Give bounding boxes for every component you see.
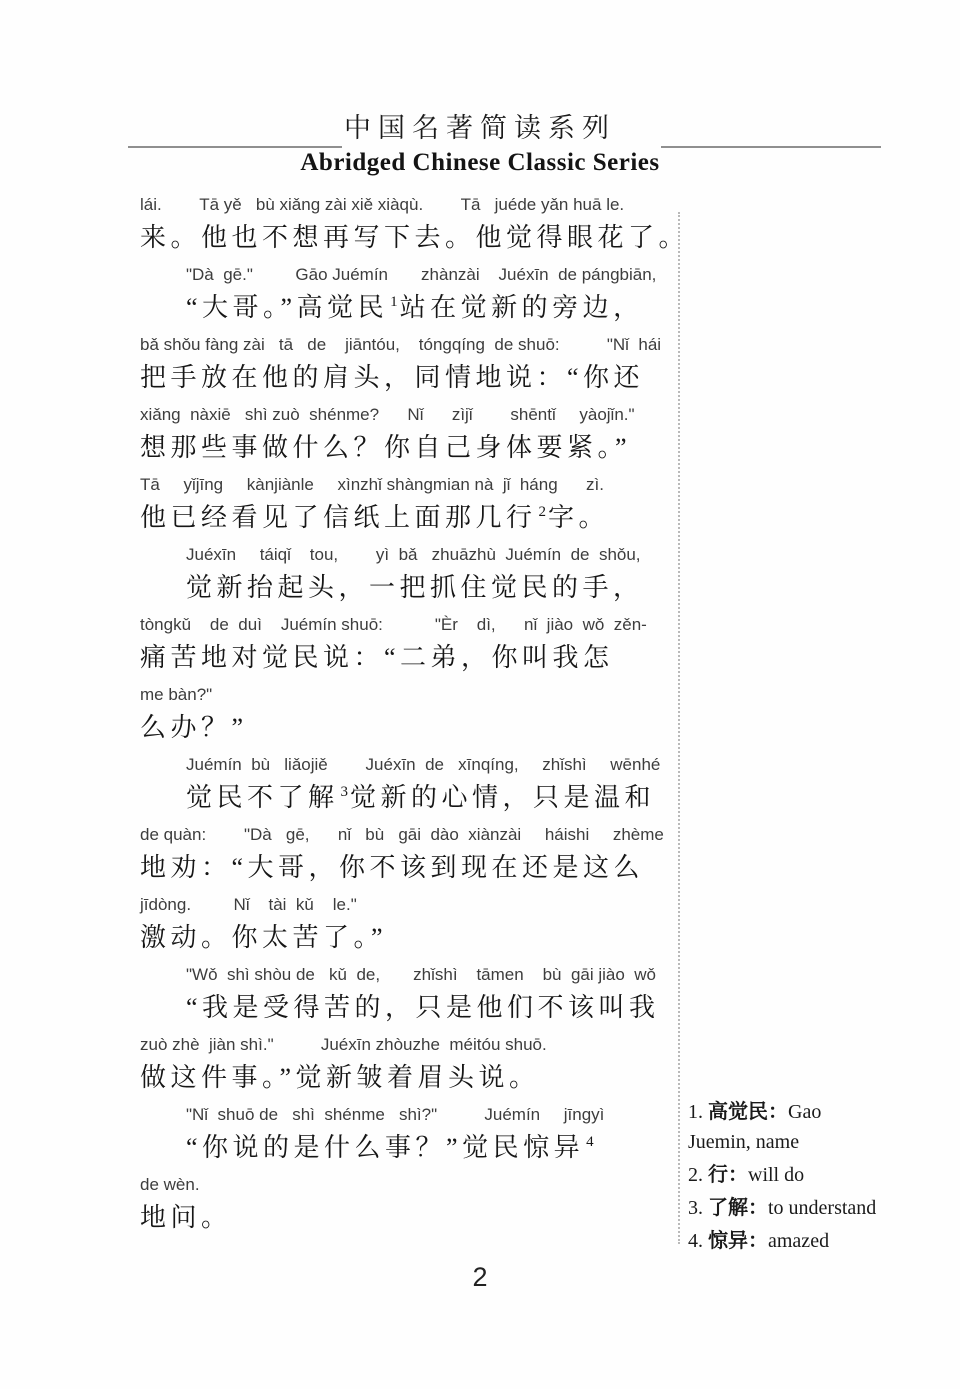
hanzi-segment: 把手放在他的肩头，同情地说：“你还 [140,363,644,392]
text-line: Juémín bù liǎojiě Juéxīn de xīnqíng, zhǐ… [140,754,690,818]
text-line: Juéxīn táiqǐ tou, yì bǎ zhuāzhù Juémín d… [140,544,690,608]
pinyin-line: de wèn. [140,1174,690,1195]
pinyin-line: me bàn?" [140,684,690,705]
text-line: de quàn: "Dà gē, nǐ bù gāi dào xiànzài h… [140,824,690,888]
hanzi-line: “我是受得苦的，只是他们不该叫我 [186,987,690,1028]
text-line: "Wǒ shì shòu de kǔ de, zhǐshì tāmen bù g… [140,964,690,1028]
pinyin-line: "Wǒ shì shòu de kǔ de, zhǐshì tāmen bù g… [186,964,690,985]
footnote-ref: 4 [586,1134,594,1150]
footnote-item: 4. 惊异：amazed [688,1225,884,1256]
footnote-term: 行 [708,1162,728,1186]
text-line: Tā yǐjīng kànjiànle xìnzhǐ shàngmian nà … [140,474,690,538]
pinyin-line: Juéxīn táiqǐ tou, yì bǎ zhuāzhù Juémín d… [186,544,690,565]
footnote-term: 了解 [708,1195,748,1219]
hanzi-line: 把手放在他的肩头，同情地说：“你还 [140,357,690,398]
hanzi-line: 觉民不了解3觉新的心情，只是温和 [186,777,690,818]
footnote-number: 1. [688,1101,708,1123]
text-line: lái. Tā yě bù xiǎng zài xiě xiàqù. Tā ju… [140,194,690,258]
pinyin-line: Tā yǐjīng kànjiànle xìnzhǐ shàngmian nà … [140,474,690,495]
hanzi-segment: 激动。你太苦了。” [140,923,387,952]
footnote-ref: 3 [341,784,349,800]
text-line: tòngkǔ de duì Juémín shuō: "Èr dì, nǐ ji… [140,614,690,678]
hanzi-line: 想那些事做什么？你自己身体要紧。” [140,427,690,468]
footnote-number: 4. [688,1230,708,1252]
hanzi-segment: 站在觉新的旁边， [400,293,644,322]
footnote-ref: 2 [539,504,547,520]
footnote-ref: 1 [390,294,398,310]
text-line: xiǎng nàxiē shì zuò shénme? Nǐ zìjǐ shēn… [140,404,690,468]
hanzi-segment: 觉新的心情，只是温和 [350,783,655,812]
pinyin-line: Juémín bù liǎojiě Juéxīn de xīnqíng, zhǐ… [186,754,690,775]
hanzi-segment: 地劝：“大哥，你不该到现在还是这么 [140,853,644,882]
hanzi-line: 痛苦地对觉民说：“二弟，你叫我怎 [140,637,690,678]
series-title-english: Abridged Chinese Classic Series [0,149,960,177]
hanzi-segment: 字。 [548,503,609,532]
text-line: zuò zhè jiàn shì." Juéxīn zhòuzhe méitóu… [140,1034,690,1098]
hanzi-line: 来。他也不想再写下去。他觉得眼花了。 [140,217,690,258]
footnote-colon: ： [768,1099,788,1123]
text-line: "Dà gē." Gāo Juémín zhànzài Juéxīn de pá… [140,264,690,328]
hanzi-line: 地问。 [140,1197,690,1238]
book-page: 中国名著简读系列 Abridged Chinese Classic Series… [0,0,960,1389]
text-line: de wèn.地问。 [140,1174,690,1238]
body-text: lái. Tā yě bù xiǎng zài xiě xiàqù. Tā ju… [140,194,690,1244]
page-header: 中国名著简读系列 Abridged Chinese Classic Series [0,106,960,177]
footnote-number: 2. [688,1164,708,1186]
hanzi-line: 做这件事。”觉新皱着眉头说。 [140,1057,690,1098]
hanzi-line: 地劝：“大哥，你不该到现在还是这么 [140,847,690,888]
hanzi-line: 么办？” [140,707,690,748]
hanzi-segment: 他已经看见了信纸上面那几行 [140,503,537,532]
footnote-item: 1. 高觉民：Gao Juemin, name [688,1096,884,1157]
footnote-item: 2. 行：will do [688,1159,884,1190]
hanzi-segment: 做这件事。”觉新皱着眉头说。 [140,1063,540,1092]
text-line: jīdòng. Nǐ tài kǔ le."激动。你太苦了。” [140,894,690,958]
hanzi-segment: “你说的是什么事？”觉民惊异 [186,1133,584,1162]
hanzi-line: 激动。你太苦了。” [140,917,690,958]
hanzi-segment: 觉民不了解 [186,783,339,812]
text-line: "Nǐ shuō de shì shénme shì?" Juémín jīng… [140,1104,690,1168]
footnote-colon: ： [748,1228,768,1252]
text-line: me bàn?"么办？” [140,684,690,748]
footnote-term: 惊异 [708,1228,748,1252]
pinyin-line: "Dà gē." Gāo Juémín zhànzài Juéxīn de pá… [186,264,690,285]
hanzi-segment: 来。他也不想再写下去。他觉得眼花了。 [140,223,689,252]
pinyin-line: tòngkǔ de duì Juémín shuō: "Èr dì, nǐ ji… [140,614,690,635]
footnotes: 1. 高觉民：Gao Juemin, name2. 行：will do3. 了解… [688,1096,884,1258]
pinyin-line: xiǎng nàxiē shì zuò shénme? Nǐ zìjǐ shēn… [140,404,690,425]
hanzi-line: “大哥。”高觉民1站在觉新的旁边， [186,287,690,328]
footnote-number: 3. [688,1197,708,1219]
footnote-colon: ： [728,1162,748,1186]
pinyin-line: bǎ shǒu fàng zài tā de jiāntóu, tóngqíng… [140,334,690,355]
text-line: bǎ shǒu fàng zài tā de jiāntóu, tóngqíng… [140,334,690,398]
footnote-definition: to understand [768,1197,876,1219]
hanzi-line: “你说的是什么事？”觉民惊异4 [186,1127,690,1168]
hanzi-segment: 痛苦地对觉民说：“二弟，你叫我怎 [140,643,614,672]
footnote-divider-line [678,212,680,1244]
footnote-item: 3. 了解：to understand [688,1192,884,1223]
pinyin-line: de quàn: "Dà gē, nǐ bù gāi dào xiànzài h… [140,824,690,845]
hanzi-line: 觉新抬起头，一把抓住觉民的手， [186,567,690,608]
pinyin-line: zuò zhè jiàn shì." Juéxīn zhòuzhe méitóu… [140,1034,690,1055]
footnote-term: 高觉民 [708,1099,768,1123]
footnote-definition: amazed [768,1230,829,1252]
hanzi-segment: 地问。 [140,1203,232,1232]
hanzi-segment: 觉新抬起头，一把抓住觉民的手， [186,573,644,602]
header-rule-left [128,146,342,148]
pinyin-line: jīdòng. Nǐ tài kǔ le." [140,894,690,915]
hanzi-line: 他已经看见了信纸上面那几行2字。 [140,497,690,538]
footnote-colon: ： [748,1195,768,1219]
pinyin-line: "Nǐ shuō de shì shénme shì?" Juémín jīng… [186,1104,690,1125]
footnote-definition: will do [748,1164,804,1186]
hanzi-segment: “大哥。”高觉民 [186,293,388,322]
series-title-chinese: 中国名著简读系列 [0,106,960,145]
page-number: 2 [0,1262,960,1293]
header-rule-right [661,146,881,148]
hanzi-segment: “我是受得苦的，只是他们不该叫我 [186,993,660,1022]
pinyin-line: lái. Tā yě bù xiǎng zài xiě xiàqù. Tā ju… [140,194,690,215]
hanzi-segment: 想那些事做什么？你自己身体要紧。” [140,433,631,462]
hanzi-segment: 么办？” [140,713,248,742]
